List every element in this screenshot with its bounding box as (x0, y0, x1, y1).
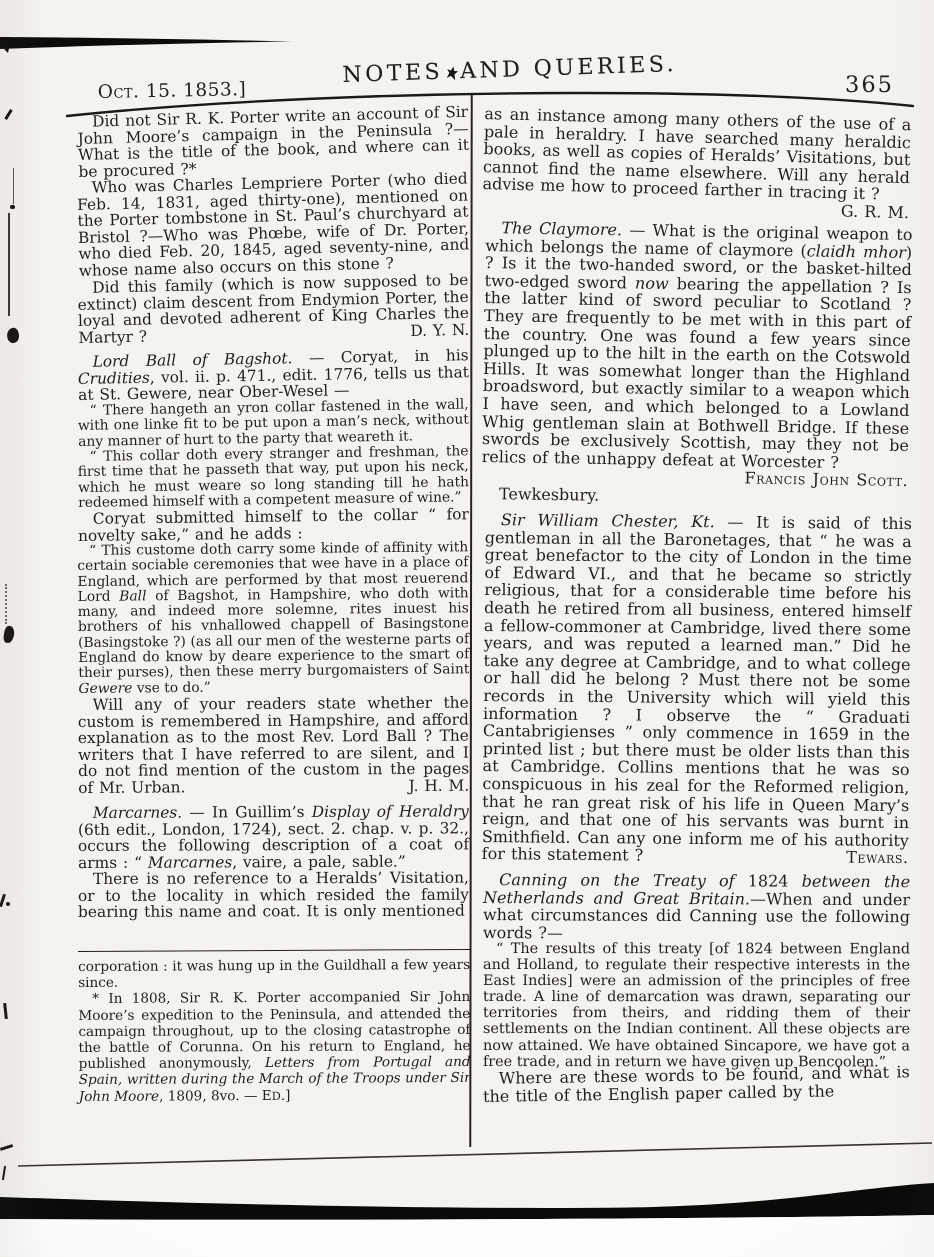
query-lord-ball: Lord Ball of Bagshot. — Coryat, in his C… (77, 347, 469, 404)
scan-speck (10, 205, 15, 209)
ink-blot-icon (445, 65, 458, 80)
canning-quote: “ The results of this treaty [of 1824 be… (483, 941, 910, 1070)
page-title-right: AND QUERIES. (460, 52, 678, 84)
footnote-porter-editor: * In 1808, Sir R. K. Porter accompanied … (78, 989, 471, 1104)
coryat-quote-2: “ This collar doth every stranger and fr… (77, 444, 469, 511)
coryat-novelty: Coryat submitted himself to the collar “… (78, 506, 469, 544)
signature: Tewars. (820, 849, 909, 867)
top-edge-artifact (0, 32, 300, 58)
scan-speck (0, 894, 6, 907)
page-title: NOTESAND QUERIES. (342, 52, 677, 88)
query-porter-tombstone: Who was Charles Lempriere Porter (who di… (77, 171, 470, 280)
scan-speck (3, 625, 15, 643)
scan-speck (5, 584, 9, 624)
signature: D. Y. N. (385, 322, 469, 340)
query-claymore: The Claymore. — What is the original wea… (481, 219, 912, 490)
coryat-quote-1: “ There hangeth an yron collar fastened … (78, 398, 470, 450)
scan-speck (6, 327, 21, 344)
scan-speck (4, 109, 12, 120)
scan-speck (3, 1003, 8, 1019)
query-marcarnes: Marcarnes. — In Guillim’s Display of Her… (78, 803, 469, 871)
scan-speck (8, 213, 10, 316)
left-column: Did not Sir R. K. Porter write an accoun… (78, 101, 469, 921)
query-william-chester: Sir William Chester, Kt. — It is said of… (482, 511, 912, 867)
bottom-page-edge (0, 1130, 934, 1257)
signature: G. R. M. (831, 202, 910, 222)
right-column: as an instance among many others of the … (483, 92, 910, 1105)
scan-speck (0, 1144, 13, 1151)
header-rule (60, 84, 920, 128)
canning-question: Where are these words to be found, and w… (483, 1063, 911, 1105)
scan-speck (2, 1166, 6, 1180)
footnote-corporation: corporation : it was hung up in the Guil… (78, 957, 470, 991)
scanned-page: Oct. 15. 1853.] NOTESAND QUERIES. 365 Di… (0, 0, 934, 1257)
footnote-section: corporation : it was hung up in the Guil… (78, 949, 471, 1105)
scan-speck (6, 902, 10, 906)
signature: Francis John Scott. (718, 469, 908, 490)
signature: J. H. M. (384, 778, 470, 795)
query-canning-treaty: Canning on the Treaty of 1824 between th… (483, 871, 910, 944)
query-porter-descent: Did this family (which is now supposed t… (77, 272, 469, 347)
coryat-quote-3: “ This custome doth carry some kinde of … (77, 541, 469, 698)
query-hampshire-custom: Will any of your readers state whether t… (78, 695, 470, 797)
scan-speck (13, 168, 14, 204)
marcarnes-continued: There is no reference to a Heralds’ Visi… (78, 870, 469, 921)
